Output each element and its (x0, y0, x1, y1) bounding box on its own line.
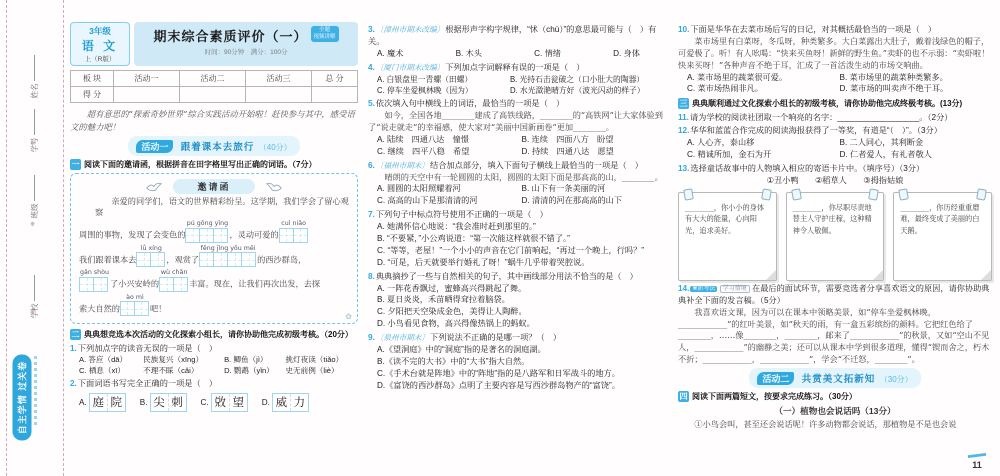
option: C. 精诚所加，金石为开 (687, 149, 840, 161)
option: C. 继续 四平八稳 希望 (377, 146, 522, 158)
question-stem: 下列加点字的读音无误的一项是（ ） (78, 344, 217, 353)
score-cell: 得 分 (71, 87, 114, 103)
option: C. 菜市场热闹非凡。 (687, 83, 840, 95)
question-10: 10.下面是华华在去菜市场后写的日记，对其概括最恰当的一项是（ ） 菜市场里有白… (678, 24, 992, 95)
question-stem: 下列说法不正确的是哪一项？（ ） (430, 333, 561, 342)
section-1-text: 阅读下面的邀请函，根据拼音在田字格里写出正确的词语。（7分） (84, 159, 316, 170)
word-option: A.庭院 (79, 393, 126, 412)
perforation-line-outer (6, 0, 7, 476)
question-number: 2. (70, 379, 77, 388)
margin-field-name: 姓名 (29, 49, 39, 105)
column-left: 3年级 语 文 上（R版） 期末综合素质评价（一）全题视频讲解 时间：90分钟 … (70, 0, 358, 412)
question-6-options: A. 圆圆的太阳照耀着河 B. 山下有一条美丽的河 C. 高高的山下是那清清的河… (368, 183, 666, 207)
score-cell-empty (114, 87, 180, 103)
option: B. 连续 四面八方 盼望 (522, 134, 667, 146)
question-2: 2.下面词语书写完全正确的一项是（ ） A.庭院 B.尖刺 C.敚望 D.威力 (70, 378, 358, 412)
question-stem: 下列加点字词解释有误的一项是（ ） (445, 63, 584, 72)
score-table-header-row: 板 块 活动一 活动二 活动三 总 分 (71, 71, 358, 87)
option: A. 白银盘里一青螺（田螺） (377, 74, 510, 85)
section-1-heading: 一 阅读下面的邀请函，根据拼音在田字格里写出正确的词语。（7分） (70, 159, 358, 170)
option: D. 小鸟看见食物，高兴得像热锅上的蚂蚁。 (377, 318, 666, 330)
question-8: 8.典典摘抄了一些与自然相关的句子，其中画线部分用法不恰当的是（ ） A. 一阵… (368, 271, 666, 330)
subject-label: 语 文 (71, 37, 129, 54)
section-4-number: 四 (678, 391, 689, 402)
option: C. “等等，老屋！”一个小小的声音在它门前响起，“再过一个晚上，行吗？” (377, 245, 666, 257)
option: B. 二人同心，其利断金 (840, 137, 993, 149)
flower-mark-icon: ❋ (30, 140, 35, 147)
option: D. 身体 (613, 48, 640, 60)
option: B. 夏日炎炎，禾苗晒得耷拉着脑袋。 (377, 294, 666, 306)
pin-icon (898, 188, 909, 200)
question-stem: 结合加点部分，填入下面句子横线上最恰当的一项是（ ） (430, 161, 643, 170)
column-right: 10.下面是华华在去菜市场后写的日记，对其概括最恰当的一项是（ ） 菜市场里有白… (678, 0, 992, 431)
question-number: 13. (678, 164, 689, 173)
activity1-banner: 活动一 跟着课本去旅行 （40分） (70, 136, 358, 156)
dove-icon (265, 181, 283, 192)
message-card: ________，你尽职尽责地替主人守护庄稼，这种精神令人敬佩。 (786, 192, 885, 281)
question-stem: 请为学校的阅读社团取一个响亮的名字：__________________。（2分… (690, 113, 953, 122)
grade-level: 3年级 (71, 25, 129, 37)
option: B. 鲫鱼（jì） (224, 354, 285, 365)
question-number: 12. (678, 126, 689, 135)
option: B. 光持石击瓮破之（口小肚大的陶器） (510, 74, 666, 85)
margin-field-number: 学号 (29, 103, 39, 159)
option: B. 山下有一条美丽的河 (522, 183, 667, 195)
question-stem: 下列句子中标点符号使用不正确的一项是（ ） (376, 210, 548, 219)
option: C. 栖息（xī） (79, 365, 143, 376)
option: B. “不要紧，”小公鸡说道：“第一次能这样就很不错了。” (377, 233, 666, 245)
score-cell-empty (180, 87, 246, 103)
question-3: 3.〔漳州市期末改编〕根据形声字构字规律，“怵（chù）”的意思最可能与（ ）有… (368, 24, 666, 60)
pinyin-grid: ào mì (121, 294, 149, 317)
invitation-box: 邀请函 亲爱的同学们，语文的世界精彩纷呈。这学期，我们学会了留心观察 周围的事物… (70, 173, 358, 324)
question-10-options: A. 菜市场里的蔬菜很可爱。 B. 菜市场里的蔬菜种类繁多。 C. 菜市场热闹非… (678, 72, 992, 96)
grade-box: 3年级 语 文 上（R版） (70, 22, 130, 66)
activity2-banner: 活动二 共赏美文拓新知 （30分） (678, 368, 992, 388)
time-score-meta: 时间：90分钟 满分：100分 (134, 47, 358, 56)
message-cards: ________，你小小的身体有大大的能量，心向阳光，追求美好。 _______… (678, 192, 992, 281)
pin-icon (976, 188, 987, 200)
pinyin-grid: gǎn shòu (80, 269, 109, 292)
question-number: 6. (368, 161, 375, 170)
question-number: 10. (678, 25, 689, 34)
perforation-line-inner (63, 0, 64, 476)
option: C. 夕阳把天空染成金色，美得让人陶醉。 (377, 306, 666, 318)
option: C.《手术台就是阵地》中的“阵地”指的是八路军和日军战斗的地方。 (377, 368, 666, 380)
question-number: 8. (368, 272, 375, 281)
option: D. 清清的河在那高高的山下 (522, 195, 667, 207)
option: D.《富饶的西沙群岛》点明了主要内容是写西沙群岛物产的“富饶”。 (377, 380, 666, 392)
score-cell: 总 分 (312, 71, 358, 87)
question-stem: 典典摘抄了一些与自然相关的句子，其中画线部分用法不恰当的是（ ） (376, 272, 638, 281)
question-number: 5. (368, 99, 375, 108)
word-option: D.威力 (262, 393, 309, 412)
page-number-block: 11 (968, 453, 986, 470)
series-badge: 自主学情 过关卷 (13, 355, 32, 441)
exam-source-tag: 〔漳州市期末改编〕 (376, 25, 444, 34)
option: A. 人心齐，泰山移 (687, 137, 840, 149)
video-explain-badge: 全题视频讲解 (311, 26, 339, 42)
pinyin-grid: pú gōng yīng (186, 220, 228, 243)
option: 挑灯夜读（tiǎo） (285, 354, 358, 365)
option: A. 陆续 四通八达 憧憬 (377, 134, 522, 146)
intro-paragraph: 超有意思的“探索奇妙世界”综合实践活动开始啦！赶快参与其中，感受语文的魅力吧！ (70, 108, 358, 134)
margin-field-class: 班级 (29, 169, 39, 225)
question-4-options: A. 白银盘里一青螺（田螺） B. 光持石击瓮破之（口小肚大的陶器） C. 停车… (368, 74, 666, 97)
message-card: ________，你小小的身体有大大的能量，心向阳光，追求美好。 (678, 192, 777, 281)
option: C. 高高的山下是那清清的河 (377, 195, 522, 207)
exam-source-tag: 〔厦门市期末改编〕 (376, 63, 444, 72)
section-3-text: 典典顺利通过文化探索小组长的初级考核，请你协助他完成终极考核。(13分) (692, 98, 962, 109)
paper-title: 期末综合素质评价（一） (153, 29, 307, 44)
paper-header: 3年级 语 文 上（R版） 期末综合素质评价（一）全题视频讲解 时间：90分钟 … (70, 22, 358, 66)
pinyin-grid: wù chǎn (160, 269, 188, 292)
pinyin-grid: fēng jǐng yōu měi (200, 245, 256, 268)
option: C. 停车坐爱枫林晚（因为） (377, 85, 510, 96)
pin-icon (761, 188, 772, 200)
new-method-tag: ❋新考法 (690, 286, 717, 292)
invitation-line: gǎn shòu了小兴安岭的wù chǎn丰富。现在，让我们再次出发，去探 (79, 269, 349, 292)
question-6: 6.〔福州市期末〕结合加点部分，填入下面句子横线上最恰当的一项是（ ） 晴朗的天… (368, 160, 666, 208)
question-9: 9.〔泉州市期末〕下列说法不正确的是哪一项？（ ） A.《望洞庭》中的“洞庭”指… (368, 332, 666, 391)
section-3-heading: 三 典典顺利通过文化探索小组长的初级考核，请你协助他完成终极考核。(13分) (678, 98, 992, 109)
option: 不理不睬（cǎi） (143, 365, 224, 376)
score-cell-empty (246, 87, 312, 103)
activity1-badge: 活动一 (136, 140, 173, 153)
option: 史无前例（liè） (285, 365, 358, 376)
question-stem: 华华和蓝蓝合作完成的阅读海报获得了一等奖，有道是“（ ）”。（3分） (690, 126, 942, 135)
question-7: 7.下列句子中标点符号使用不正确的一项是（ ） A. 她满怀信心地说：“我会准时… (368, 209, 666, 268)
question-number: 3. (368, 25, 375, 34)
word-option: B.尖刺 (140, 393, 187, 412)
section-2-heading: 二 典典想竞选本次活动的文化探索小组长，请你协助他完成初级考核。（20分） (70, 329, 358, 340)
activity1-title: 跟着课本去旅行 (181, 142, 255, 153)
option: D. 水光潋滟晴方好（波光闪动的样子） (510, 85, 666, 96)
question-14: 14.❋新考法 学习情境 在最后的面试环节，需要竞选者分享喜欢语文的原因，请你协… (678, 283, 992, 366)
question-5: 5.依次填入句中横线上的词语，最恰当的一项是（ ） 如今，全国各地_______… (368, 98, 666, 157)
option: D. 持续 四通八达 愿望 (522, 146, 667, 158)
series-badge-subtext (34, 356, 37, 426)
invitation-line: 亲爱的同学们，语文的世界精彩纷呈。这学期，我们学会了留心观察 (79, 196, 349, 218)
question-7-options: A. 她满怀信心地说：“我会准时赶到那里的。” B. “不要紧，”小公鸡说道：“… (368, 221, 666, 269)
activity1-score: （40分） (259, 143, 292, 152)
page-flag-icon (968, 453, 986, 458)
question-12: 12.华华和蓝蓝合作完成的阅读海报获得了一等奖，有道是“（ ）”。（3分） A.… (678, 125, 992, 161)
question-1: 1.下列加点字的读音无误的一项是（ ） A. 答应（dā） 民族复兴（xīng）… (70, 343, 358, 377)
option: A. 答应（dā） (79, 354, 143, 365)
word-option: C.敚望 (201, 393, 248, 412)
option: A. 菜市场里的蔬菜很可爱。 (687, 72, 840, 84)
question-5-options: A. 陆续 四通八达 憧憬 B. 连续 四面八方 盼望 C. 继续 四平八稳 希… (368, 134, 666, 158)
invitation-title: 邀请函 (173, 179, 254, 194)
question-13-choices: ①丑小鸭 ②稻草人 ③拇指姑娘 (678, 175, 992, 187)
activity2-score: （30分） (880, 375, 913, 384)
option: A. 她满怀信心地说：“我会准时赶到那里的。” (377, 221, 666, 233)
section-4-text: 阅读下面两篇短文，按要求完成练习。（30分） (692, 391, 857, 402)
column-middle: 3.〔漳州市期末改编〕根据形声字构字规律，“怵（chù）”的意思最可能与（ ）有… (368, 0, 666, 392)
activity2-badge: 活动二 (757, 372, 794, 385)
invitation-body: 亲爱的同学们，语文的世界精彩纷呈。这学期，我们学会了留心观察 周围的事物，发现了… (79, 196, 349, 316)
option: D. 鹦鹉（yǐn） (224, 365, 285, 376)
section-1-number: 一 (70, 159, 81, 170)
section-4-heading: 四 阅读下面两篇短文，按要求完成练习。（30分） (678, 391, 992, 402)
page-number: 11 (968, 460, 986, 470)
pinyin-grid: cuì niǎo (280, 220, 308, 243)
option: A. 一阵花香飘过，蜜蜂高兴得跳起了舞。 (377, 283, 666, 295)
margin-field-school: 学校 (29, 269, 39, 325)
question-number: 11. (678, 113, 689, 122)
question-number: 4. (368, 63, 375, 72)
edition-label: 上（R版） (71, 54, 129, 63)
option: D. “可是，后天就要举行婚礼了呀！”蜗牛几乎带着哭腔说。 (377, 257, 666, 269)
flower-mark-icon: ❋ (30, 221, 35, 228)
score-cell: 活动二 (180, 71, 246, 87)
question-12-options: A. 人心齐，泰山移 B. 二人同心，其利断金 C. 精诚所加，金石为开 D. … (678, 137, 992, 161)
question-4: 4.〔厦门市期末改编〕下列加点字词解释有误的一项是（ ） A. 白银盘里一青螺（… (368, 62, 666, 96)
option: D. 仁者爱人，有礼者敬人 (840, 149, 993, 161)
question-5-passage: 如今，全国各地________建成了高铁线路，________的“高铁网”让大家… (368, 110, 666, 134)
question-number: 14. (678, 284, 689, 293)
question-stem: 依次填入句中横线上的词语，最恰当的一项是（ ） (376, 99, 564, 108)
context-tag: 学习情境 (720, 285, 750, 293)
question-2-options: A.庭院 B.尖刺 C.敚望 D.威力 (70, 393, 358, 412)
message-card: ________，你历经重重磨难，最终变成了美丽的白天鹅。 (893, 192, 992, 281)
flower-mark-icon: ❋ (30, 309, 35, 316)
question-3-options: A. 魔术 B. 木头 C. 情绪 D. 身体 (368, 48, 666, 60)
pin-icon (791, 188, 802, 200)
question-stem: 选择童话故事中的人物填入相应的寄语卡片中。（填序号）（3分） (690, 164, 924, 173)
dove-icon (145, 181, 163, 192)
option: A. 魔术 (377, 48, 403, 60)
title-box: 期末综合素质评价（一）全题视频讲解 时间：90分钟 满分：100分 (134, 22, 358, 66)
pin-icon (683, 188, 694, 200)
option: B. 菜市场里的蔬菜种类繁多。 (840, 72, 993, 84)
score-table: 板 块 活动一 活动二 活动三 总 分 得 分 (70, 70, 358, 103)
reading-passage-title: （一）植物也会说话吗（13分） (678, 405, 992, 417)
score-cell-empty (312, 87, 358, 103)
invitation-line: 我们跟着课本去lǚ xíng，观赏了fēng jǐng yōu měi的西沙群岛… (79, 245, 349, 268)
question-8-options: A. 一阵花香飘过，蜜蜂高兴得跳起了舞。 B. 夏日炎炎，禾苗晒得耷拉着脑袋。 … (368, 283, 666, 331)
section-2-text: 典典想竞选本次活动的文化探索小组长，请你协助他完成初级考核。（20分） (84, 329, 353, 340)
option: A. 圆圆的太阳照耀着河 (377, 183, 522, 195)
flower-decoration-icon: ✿ (345, 312, 352, 321)
section-3-number: 三 (678, 98, 689, 109)
option: 民族复兴（xīng） (143, 354, 224, 365)
question-14-passage: 我喜欢语文课，因为可以在课本中领略美景，如“停车坐爱枫林晚，__________… (678, 307, 992, 366)
section-2-number: 二 (70, 329, 81, 340)
invitation-line: 索大自然的ào mì吧！ (79, 294, 349, 317)
exam-source-tag: 〔泉州市期末〕 (376, 333, 429, 342)
question-1-options: A. 答应（dā） 民族复兴（xīng） B. 鲫鱼（jì） 挑灯夜读（tiǎo… (70, 354, 358, 376)
question-stem: 下面是华华在去菜市场后写的日记，对其概括最恰当的一项是（ ） (690, 25, 936, 34)
option: C. 情绪 (534, 48, 561, 60)
option: A.《望洞庭》中的“洞庭”指的是著名的洞庭湖。 (377, 344, 666, 356)
option: B.《读不完的大书》中的“大书”指大自然。 (377, 356, 666, 368)
question-number: 1. (70, 344, 77, 353)
invitation-line: 周围的事物，发现了会变色的pú gōng yīng，灵动可爱的cuì niǎo (79, 220, 349, 243)
score-table-score-row: 得 分 (71, 87, 358, 103)
question-stem: 下面词语书写完全正确的一项是（ ） (78, 379, 217, 388)
score-cell: 板 块 (71, 71, 114, 87)
question-10-passage: 菜市场里有白菜呀，冬瓜呀，种类繁多。大白菜露出大肚子，戴着浅绿色的帽子，可爱极了… (678, 36, 992, 72)
score-cell: 活动一 (114, 71, 180, 87)
question-9-options: A.《望洞庭》中的“洞庭”指的是著名的洞庭湖。 B.《读不完的大书》中的“大书”… (368, 344, 666, 392)
question-number: 9. (368, 333, 375, 342)
option: D. 菜市场的叫卖声不绝于耳。 (840, 83, 993, 95)
exam-paper-page: 姓名 学号 班级 学校 ❋ ❋ ❋ 自主学情 过关卷 3年级 语 文 上（R版）… (0, 0, 1000, 476)
option: B. 木头 (456, 48, 482, 60)
pinyin-grid: lǚ xíng (137, 245, 165, 268)
question-13: 13.选择童话故事中的人物填入相应的寄语卡片中。（填序号）（3分） ①丑小鸭 ②… (678, 163, 992, 281)
pin-icon (868, 188, 879, 200)
activity2-title: 共赏美文拓新知 (802, 374, 876, 385)
question-number: 7. (368, 210, 375, 219)
exam-source-tag: 〔福州市期末〕 (376, 161, 429, 170)
question-6-passage: 晴朗的天空中有一轮圆圆的太阳，圆圆的太阳下面是那高高的山，________。 (368, 172, 666, 184)
question-11: 11.请为学校的阅读社团取一个响亮的名字：__________________。… (678, 112, 992, 124)
score-cell: 活动三 (246, 71, 312, 87)
reading-passage-line: ①小鸟会叫，甚至还会说话呢！许多动物都会说话，那植物是不是也会说 (678, 419, 992, 431)
